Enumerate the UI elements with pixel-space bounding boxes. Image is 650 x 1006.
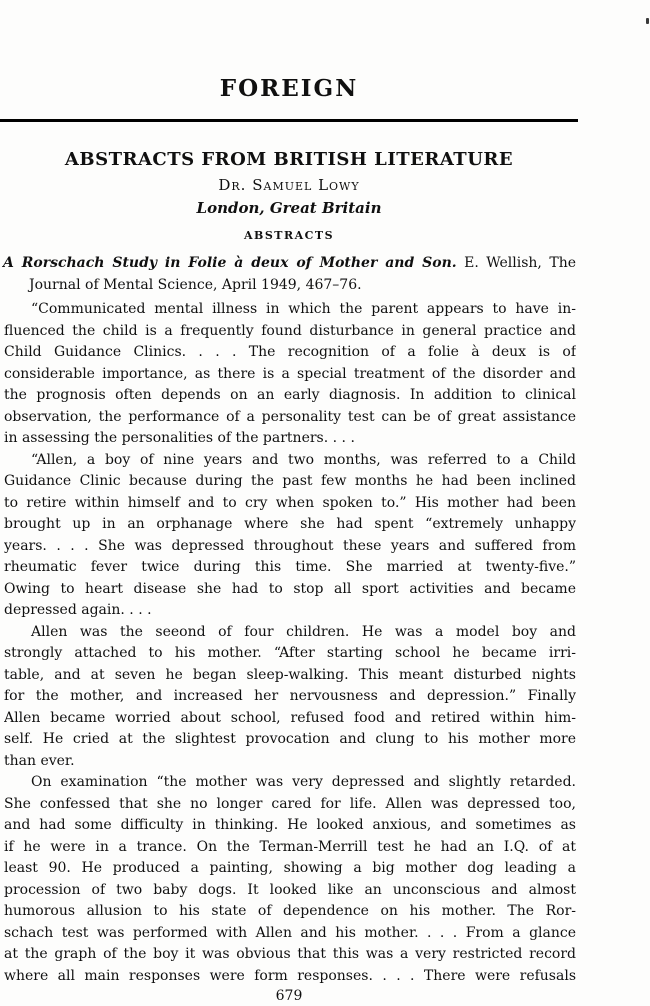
page-number: 679: [0, 988, 578, 1004]
abstracts-label: ABSTRACTS: [0, 228, 578, 243]
body-line: fluenced the child is a frequently found…: [4, 321, 576, 343]
body-line: rheumatic fever twice during this time. …: [4, 557, 576, 579]
body-line: humorous allusion to his state of depend…: [4, 901, 576, 923]
reference-author: E. Wellish,: [464, 255, 542, 271]
body-line: On examination “the mother was very depr…: [4, 772, 576, 794]
body-line: “Communicated mental illness in which th…: [4, 299, 576, 321]
body-line: than ever.: [4, 751, 576, 773]
author-location: London, Great Britain: [0, 198, 578, 218]
body-line: and had some difficulty in thinking. He …: [4, 815, 576, 837]
body-line: procession of two baby dogs. It looked l…: [4, 880, 576, 902]
abstract-body: “Communicated mental illness in which th…: [0, 299, 578, 987]
body-line: self. He cried at the slightest provocat…: [4, 729, 576, 751]
body-line: least 90. He produced a painting, showin…: [4, 858, 576, 880]
body-line: schach test was performed with Allen and…: [4, 923, 576, 945]
body-line: brought up in an orphanage where she had…: [4, 514, 576, 536]
body-line: Allen was the seeond of four children. H…: [4, 622, 576, 644]
article-title: ABSTRACTS FROM BRITISH LITERATURE: [0, 149, 578, 171]
body-line: strongly attached to his mother. “After …: [4, 643, 576, 665]
body-line: Child Guidance Clinics. . . . The recogn…: [4, 342, 576, 364]
reference-title: A Rorschach Study in Folie à deux of Mot…: [3, 255, 457, 271]
reference-line-1: A Rorschach Study in Folie à deux of Mot…: [3, 252, 576, 274]
body-line: where all main responses were form respo…: [4, 966, 576, 988]
body-line: Owing to heart disease she had to stop a…: [4, 579, 576, 601]
body-line: Allen became worried about school, refus…: [4, 708, 576, 730]
body-line: She confessed that she no longer cared f…: [4, 794, 576, 816]
reference-heading: A Rorschach Study in Folie à deux of Mot…: [0, 252, 578, 296]
body-line: years. . . . She was depressed throughou…: [4, 536, 576, 558]
body-line: “Allen, a boy of nine years and two mont…: [4, 450, 576, 472]
body-line: to retire within himself and to cry when…: [4, 493, 576, 515]
horizontal-rule: [0, 119, 578, 122]
body-line: table, and at seven he began sleep-walki…: [4, 665, 576, 687]
body-line: at the graph of the boy it was obvious t…: [4, 944, 576, 966]
reference-line-2: Journal of Mental Science, April 1949, 4…: [3, 274, 576, 296]
reference-journal-start: The: [549, 255, 576, 271]
page-content: FOREIGN ABSTRACTS FROM BRITISH LITERATUR…: [0, 0, 578, 1004]
body-line: in assessing the personalities of the pa…: [4, 428, 576, 450]
body-line: the prognosis often depends on an early …: [4, 385, 576, 407]
body-line: for the mother, and increased her nervou…: [4, 686, 576, 708]
section-title: FOREIGN: [0, 76, 578, 102]
author-byline: Dr. Samuel Lowy: [0, 175, 578, 195]
body-line: Guidance Clinic because during the past …: [4, 471, 576, 493]
journal-page: FOREIGN ABSTRACTS FROM BRITISH LITERATUR…: [0, 0, 650, 1006]
body-line: depressed again. . . .: [4, 600, 576, 622]
body-line: if he were in a trance. On the Terman-Me…: [4, 837, 576, 859]
body-line: considerable importance, as there is a s…: [4, 364, 576, 386]
scan-speck: [646, 18, 649, 24]
body-line: observation, the performance of a person…: [4, 407, 576, 429]
